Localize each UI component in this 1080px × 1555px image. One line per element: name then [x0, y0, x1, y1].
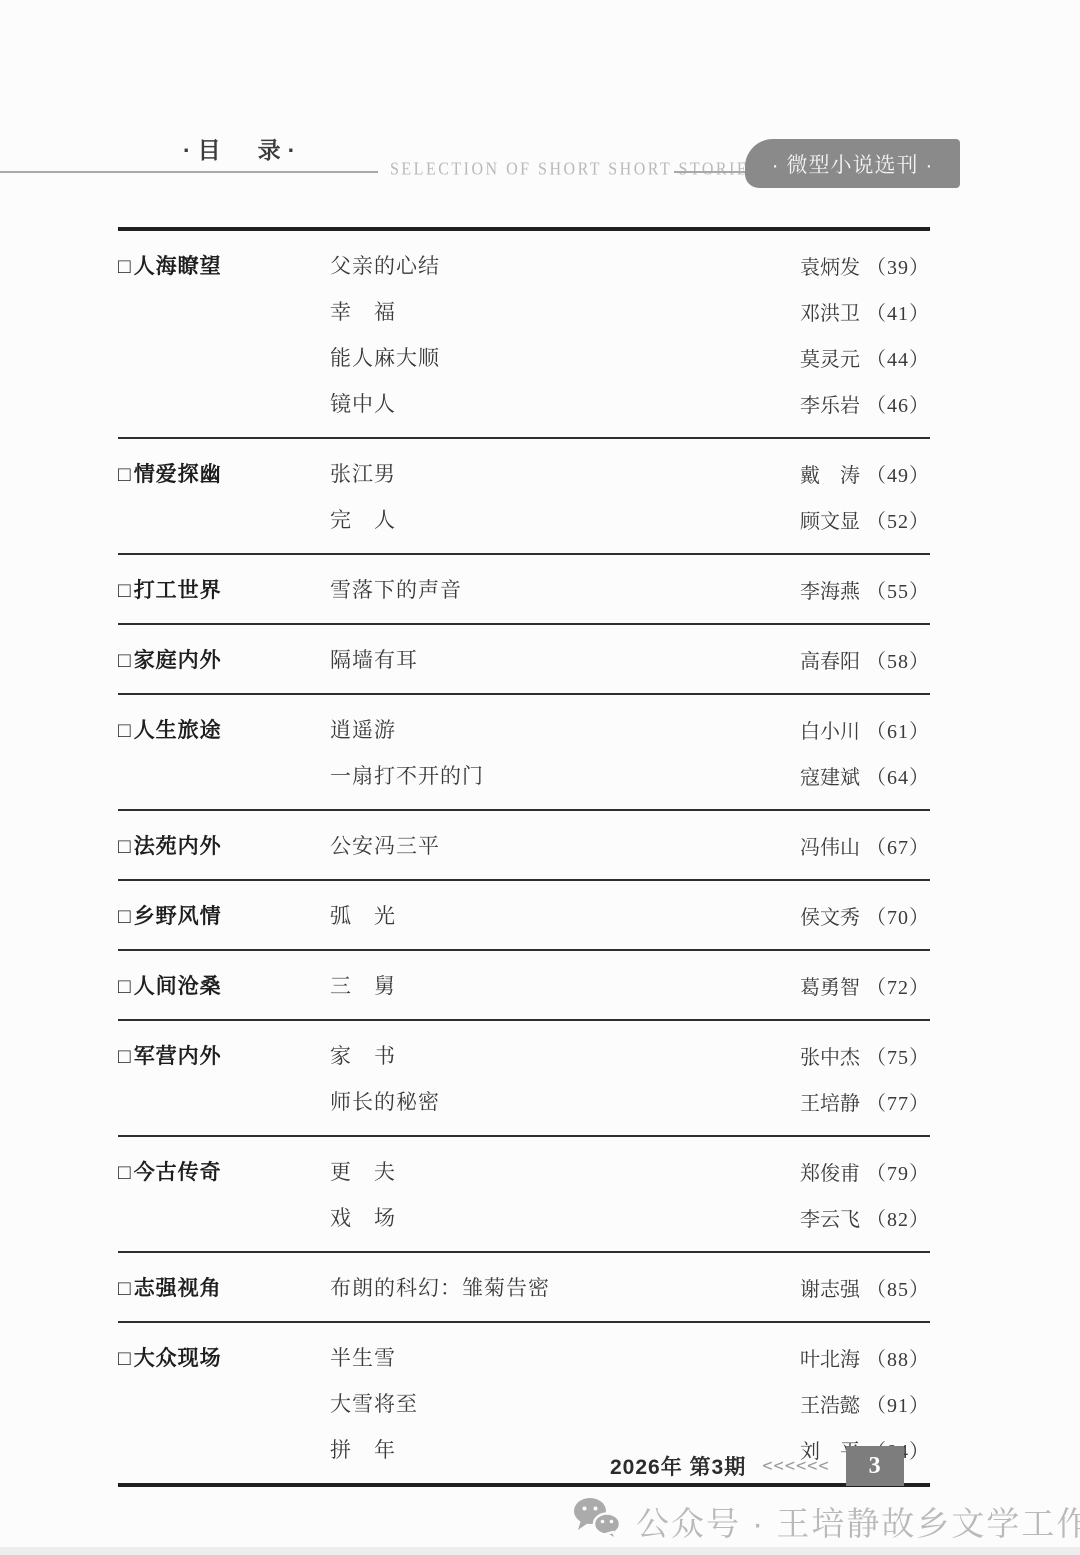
category-cell: □人生旅途 [118, 714, 330, 744]
category-cell: □军营内外 [118, 1040, 330, 1070]
category-marker: □ [118, 1045, 132, 1068]
category-cell: □志强视角 [118, 1272, 330, 1302]
category-marker: □ [118, 1277, 132, 1300]
category-label: 今古传奇 [134, 1161, 222, 1184]
author-name: 邓洪卫 [800, 303, 860, 325]
page-number: （61） [866, 721, 930, 743]
author-page: 顾文显（52） [800, 505, 930, 534]
toc-row: □乡野风情弧 光侯文秀（70） [118, 892, 930, 938]
category-marker: □ [118, 1347, 132, 1370]
author-name: 顾文显 [800, 511, 860, 533]
story-title: 布朗的科幻：雏菊告密 [330, 1272, 800, 1302]
author-name: 郑俊甫 [800, 1163, 860, 1185]
page-number: （85） [866, 1279, 930, 1301]
category-label: 打工世界 [134, 579, 222, 602]
author-name: 戴 涛 [800, 465, 860, 487]
story-title: 完 人 [330, 504, 800, 534]
category-marker: □ [118, 579, 132, 602]
category-cell: □家庭内外 [118, 644, 330, 674]
author-name: 高春阳 [800, 651, 860, 673]
category-marker: □ [118, 905, 132, 928]
page-number: （58） [866, 651, 930, 673]
page-number: （79） [866, 1163, 930, 1185]
watermark-text: 公众号 · 王培静故乡文学工作室 [636, 1498, 1080, 1545]
story-title: 能人麻大顺 [330, 342, 800, 372]
toc-section: □志强视角布朗的科幻：雏菊告密谢志强（85） [118, 1251, 930, 1321]
category-marker: □ [118, 719, 132, 742]
header-rule-left [0, 171, 378, 173]
category-cell: □大众现场 [118, 1342, 330, 1372]
author-page: 高春阳（58） [800, 645, 930, 674]
category-marker: □ [118, 649, 132, 672]
category-label: 家庭内外 [134, 649, 222, 672]
author-name: 白小川 [800, 721, 860, 743]
category-cell: □法苑内外 [118, 830, 330, 860]
toc-row: 师长的秘密王培静（77） [118, 1078, 930, 1124]
author-name: 侯文秀 [800, 907, 860, 929]
author-name: 寇建斌 [800, 767, 860, 789]
category-label: 乡野风情 [134, 905, 222, 928]
toc-row: □打工世界雪落下的声音李海燕（55） [118, 566, 930, 612]
header-subtitle-en: SELECTION OF SHORT SHORT STORIES [390, 160, 761, 180]
toc-row: □人生旅途逍遥游白小川（61） [118, 706, 930, 752]
author-name: 莫灵元 [800, 349, 860, 371]
author-page: 王培静（77） [800, 1087, 930, 1116]
author-page: 侯文秀（70） [800, 901, 930, 930]
toc-row: □情爱探幽张江男戴 涛（49） [118, 450, 930, 496]
story-title: 家 书 [330, 1040, 800, 1070]
toc-section: □打工世界雪落下的声音李海燕（55） [118, 553, 930, 623]
author-name: 冯伟山 [800, 837, 860, 859]
issue-label: 2026年 第3期 [610, 1451, 746, 1481]
category-marker: □ [118, 835, 132, 858]
story-title: 父亲的心结 [330, 250, 800, 280]
category-label: 情爱探幽 [134, 463, 222, 486]
magazine-name-badge: · 微型小说选刊 · [745, 139, 960, 188]
page-number: （52） [866, 511, 930, 533]
category-label: 法苑内外 [134, 835, 222, 858]
author-page: 白小川（61） [800, 715, 930, 744]
toc-row: □家庭内外隔墙有耳高春阳（58） [118, 636, 930, 682]
toc-row: 一扇打不开的门寇建斌（64） [118, 752, 930, 798]
toc-row: □法苑内外公安冯三平冯伟山（67） [118, 822, 930, 868]
page-number: （70） [866, 907, 930, 929]
author-page: 张中杰（75） [800, 1041, 930, 1070]
story-title: 更 夫 [330, 1156, 800, 1186]
arrows-decoration: <<<<<< [762, 1456, 829, 1476]
story-title: 一扇打不开的门 [330, 760, 800, 790]
toc-row: □志强视角布朗的科幻：雏菊告密谢志强（85） [118, 1264, 930, 1310]
page-number: （91） [866, 1395, 930, 1417]
author-page: 李海燕（55） [800, 575, 930, 604]
page-number: （88） [866, 1349, 930, 1371]
category-cell: □打工世界 [118, 574, 330, 604]
story-title: 幸 福 [330, 296, 800, 326]
page-number: （82） [866, 1209, 930, 1231]
author-page: 李乐岩（46） [800, 389, 930, 418]
category-label: 大众现场 [134, 1347, 222, 1370]
author-name: 袁炳发 [800, 257, 860, 279]
page-number: （55） [866, 581, 930, 603]
author-page: 寇建斌（64） [800, 761, 930, 790]
category-marker: □ [118, 975, 132, 998]
author-name: 李云飞 [800, 1209, 860, 1231]
page-bottom-edge [0, 1547, 1080, 1555]
category-cell: □人海瞭望 [118, 250, 330, 280]
story-title: 弧 光 [330, 900, 800, 930]
toc-table: □人海瞭望父亲的心结袁炳发（39）幸 福邓洪卫（41）能人麻大顺莫灵元（44）镜… [118, 227, 930, 1487]
page-number: （44） [866, 349, 930, 371]
toc-row: □人间沧桑三 舅葛勇智（72） [118, 962, 930, 1008]
toc-row: 大雪将至王浩懿（91） [118, 1380, 930, 1426]
footer: 2026年 第3期 <<<<<< 3 [610, 1446, 904, 1486]
author-name: 叶北海 [800, 1349, 860, 1371]
toc-section: □人海瞭望父亲的心结袁炳发（39）幸 福邓洪卫（41）能人麻大顺莫灵元（44）镜… [118, 231, 930, 437]
author-page: 谢志强（85） [800, 1273, 930, 1302]
story-title: 大雪将至 [330, 1388, 800, 1418]
toc-row: 戏 场李云飞（82） [118, 1194, 930, 1240]
toc-section: □乡野风情弧 光侯文秀（70） [118, 879, 930, 949]
toc-row: 能人麻大顺莫灵元（44） [118, 334, 930, 380]
author-page: 莫灵元（44） [800, 343, 930, 372]
toc-row: 完 人顾文显（52） [118, 496, 930, 542]
category-cell: □人间沧桑 [118, 970, 330, 1000]
author-page: 邓洪卫（41） [800, 297, 930, 326]
toc-section: □人间沧桑三 舅葛勇智（72） [118, 949, 930, 1019]
toc-row: 镜中人李乐岩（46） [118, 380, 930, 426]
toc-section: □今古传奇更 夫郑俊甫（79）戏 场李云飞（82） [118, 1135, 930, 1251]
toc-section: □情爱探幽张江男戴 涛（49）完 人顾文显（52） [118, 437, 930, 553]
page-number: （64） [866, 767, 930, 789]
toc-row: □大众现场半生雪叶北海（88） [118, 1334, 930, 1380]
category-label: 人间沧桑 [134, 975, 222, 998]
story-title: 逍遥游 [330, 714, 800, 744]
story-title: 戏 场 [330, 1202, 800, 1232]
page-number: （67） [866, 837, 930, 859]
author-page: 郑俊甫（79） [800, 1157, 930, 1186]
page-number: （75） [866, 1047, 930, 1069]
story-title: 张江男 [330, 458, 800, 488]
author-name: 谢志强 [800, 1279, 860, 1301]
header-rule-right [674, 171, 748, 173]
author-name: 张中杰 [800, 1047, 860, 1069]
page-number: （46） [866, 395, 930, 417]
magazine-toc-page: ·目 录· SELECTION OF SHORT SHORT STORIES ·… [0, 0, 1080, 1555]
category-cell: □情爱探幽 [118, 458, 330, 488]
toc-row: □军营内外家 书张中杰（75） [118, 1032, 930, 1078]
story-title: 半生雪 [330, 1342, 800, 1372]
category-marker: □ [118, 255, 132, 278]
toc-section: □人生旅途逍遥游白小川（61）一扇打不开的门寇建斌（64） [118, 693, 930, 809]
toc-row: □人海瞭望父亲的心结袁炳发（39） [118, 242, 930, 288]
toc-section: □军营内外家 书张中杰（75）师长的秘密王培静（77） [118, 1019, 930, 1135]
category-cell: □今古传奇 [118, 1156, 330, 1186]
category-cell: □乡野风情 [118, 900, 330, 930]
story-title: 雪落下的声音 [330, 574, 800, 604]
page-number-badge: 3 [846, 1446, 904, 1486]
page-title: ·目 录· [183, 132, 302, 165]
page-number: （72） [866, 977, 930, 999]
page-number: （41） [866, 303, 930, 325]
category-label: 志强视角 [134, 1277, 222, 1300]
toc-section: □家庭内外隔墙有耳高春阳（58） [118, 623, 930, 693]
author-page: 李云飞（82） [800, 1203, 930, 1232]
story-title: 隔墙有耳 [330, 644, 800, 674]
author-name: 李海燕 [800, 581, 860, 603]
author-page: 叶北海（88） [800, 1343, 930, 1372]
story-title: 镜中人 [330, 388, 800, 418]
author-name: 葛勇智 [800, 977, 860, 999]
author-name: 王培静 [800, 1093, 860, 1115]
page-number: （49） [866, 465, 930, 487]
toc-row: □今古传奇更 夫郑俊甫（79） [118, 1148, 930, 1194]
author-name: 王浩懿 [800, 1395, 860, 1417]
toc-section: □法苑内外公安冯三平冯伟山（67） [118, 809, 930, 879]
category-label: 军营内外 [134, 1045, 222, 1068]
author-page: 袁炳发（39） [800, 251, 930, 280]
story-title: 师长的秘密 [330, 1086, 800, 1116]
page-number: （77） [866, 1093, 930, 1115]
author-page: 王浩懿（91） [800, 1389, 930, 1418]
author-page: 戴 涛（49） [800, 459, 930, 488]
watermark: 公众号 · 王培静故乡文学工作室 [572, 1496, 1080, 1547]
category-marker: □ [118, 463, 132, 486]
story-title: 公安冯三平 [330, 830, 800, 860]
category-marker: □ [118, 1161, 132, 1184]
wechat-icon [572, 1496, 624, 1547]
category-label: 人生旅途 [134, 719, 222, 742]
author-page: 葛勇智（72） [800, 971, 930, 1000]
story-title: 三 舅 [330, 970, 800, 1000]
author-name: 李乐岩 [800, 395, 860, 417]
toc-row: 幸 福邓洪卫（41） [118, 288, 930, 334]
page-number: （39） [866, 257, 930, 279]
category-label: 人海瞭望 [134, 255, 222, 278]
author-page: 冯伟山（67） [800, 831, 930, 860]
